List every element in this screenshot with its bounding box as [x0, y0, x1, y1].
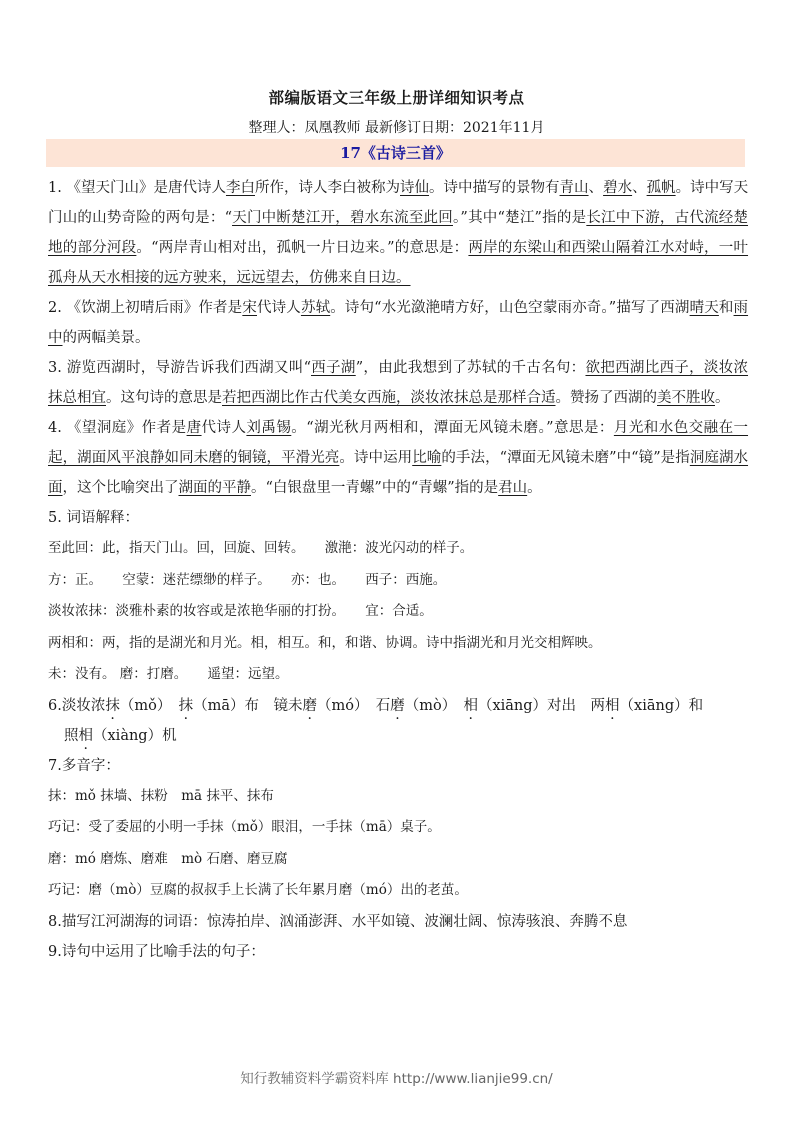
glossary-line: 淡妆浓抹：淡雅朴素的妆容或是浓艳华丽的打扮。 宜：合适。	[48, 596, 748, 628]
footer-watermark: 知行教辅资料学霸资料库 http://www.lianjie99.cn/	[0, 1067, 793, 1087]
item-4: 4. 《望洞庭》作者是唐代诗人刘禹锡。“湖光秋月两相和，潭面无风镜未磨。”意思是…	[48, 413, 748, 503]
item-9: 9.诗句中运用了比喻手法的句子：	[48, 937, 748, 967]
document-title: 部编版语文三年级上册详细知识考点	[0, 86, 793, 108]
document-subtitle: 整理人：凤凰教师 最新修订日期：2021年11月	[0, 117, 793, 137]
item-1: 1. 《望天门山》是唐代诗人李白所作，诗人李白被称为诗仙。诗中描写的景物有青山、…	[48, 173, 748, 293]
polyphone-line: 巧记：受了委屈的小明一手抹（mǒ）眼泪，一手抹（mā）桌子。	[48, 812, 748, 844]
item-8: 8.描写江河湖海的词语：惊涛拍岸、汹涌澎湃、水平如镜、波澜壮阔、惊涛骇浪、奔腾不…	[48, 907, 748, 937]
polyphone-line: 巧记：磨（mò）豆腐的叔叔手上长满了长年累月磨（mó）出的老茧。	[48, 875, 748, 907]
item-7-heading: 7.多音字：	[48, 751, 748, 781]
document-page: 部编版语文三年级上册详细知识考点 整理人：凤凰教师 最新修订日期：2021年11…	[0, 0, 793, 1122]
section-header-text: 17《古诗三首》	[340, 144, 451, 162]
content-body: 1. 《望天门山》是唐代诗人李白所作，诗人李白被称为诗仙。诗中描写的景物有青山、…	[48, 173, 748, 967]
item-3: 3. 游览西湖时，导游告诉我们西湖又叫“西子湖”，由此我想到了苏轼的千古名句：欲…	[48, 353, 748, 413]
section-header: 17《古诗三首》	[46, 139, 745, 167]
polyphone-line: 抹：mǒ 抹墙、抹粉 mā 抹平、抹布	[48, 781, 748, 813]
item-6: 6.淡妆浓抹（mǒ） 抹（mā）布 镜未磨（mó） 石磨（mò） 相（xiāng…	[48, 691, 748, 721]
glossary-line: 至此回：此，指天门山。回，回旋、回转。 激滟：波光闪动的样子。	[48, 533, 748, 565]
item-2: 2. 《饮湖上初晴后雨》作者是宋代诗人苏轼。诗句“水光潋滟晴方好，山色空蒙雨亦奇…	[48, 293, 748, 353]
polyphone-line: 磨：mó 磨炼、磨难 mò 石磨、磨豆腐	[48, 844, 748, 876]
glossary-line: 未：没有。 磨：打磨。 遥望：远望。	[48, 659, 748, 691]
item-5-heading: 5. 词语解释：	[48, 503, 748, 533]
glossary-line: 两相和：两，指的是湖光和月光。相，相互。和，和谐、协调。诗中指湖光和月光交相辉映…	[48, 628, 748, 660]
glossary-line: 方：正。 空蒙：迷茫缥缈的样子。 亦：也。 西子：西施。	[48, 565, 748, 597]
